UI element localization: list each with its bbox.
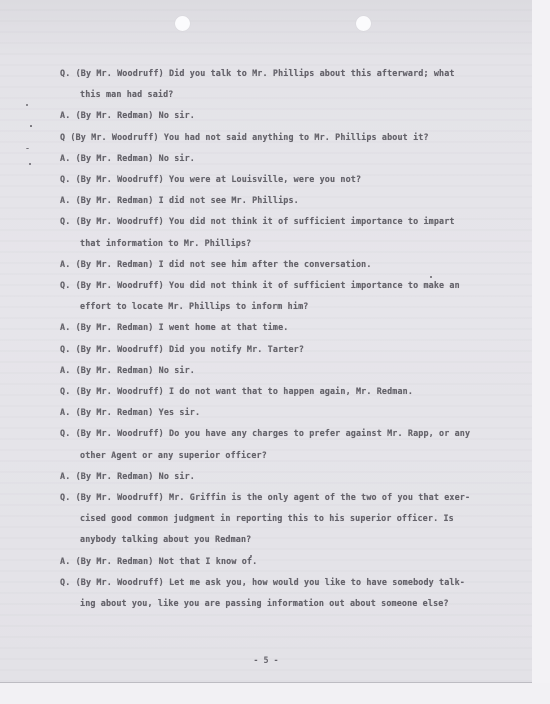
- transcript-line: A. (By Mr. Redman) No sir.: [60, 360, 510, 381]
- punch-hole-left: [175, 16, 190, 31]
- transcript-line: Q. (By Mr. Woodruff) Do you have any cha…: [60, 423, 510, 444]
- transcript-line: Q. (By Mr. Woodruff) I do not want that …: [60, 381, 510, 402]
- transcript-line: A. (By Mr. Redman) No sir.: [60, 466, 510, 487]
- transcript-line: Q (By Mr. Woodruff) You had not said any…: [60, 127, 510, 148]
- transcript-line-continuation: that information to Mr. Phillips?: [60, 233, 510, 254]
- transcript-line: Q. (By Mr. Woodruff) You were at Louisvi…: [60, 169, 510, 190]
- transcript-line: Q. (By Mr. Woodruff) You did not think i…: [60, 211, 510, 232]
- transcript-line: A. (By Mr. Redman) No sir.: [60, 105, 510, 126]
- transcript-line: Q. (By Mr. Woodruff) You did not think i…: [60, 275, 510, 296]
- transcript-line: Q. (By Mr. Woodruff) Did you talk to Mr.…: [60, 63, 510, 84]
- transcript-line: A. (By Mr. Redman) No sir.: [60, 148, 510, 169]
- page-number: - 5 -: [0, 655, 532, 665]
- transcript-line-continuation: ing about you, like you are passing info…: [60, 593, 510, 614]
- transcript-line: Q. (By Mr. Woodruff) Mr. Griffin is the …: [60, 487, 510, 508]
- transcript-line: A. (By Mr. Redman) I went home at that t…: [60, 317, 510, 338]
- transcript-line-continuation: cised good common judgment in reporting …: [60, 508, 510, 529]
- transcript-body: Q. (By Mr. Woodruff) Did you talk to Mr.…: [60, 63, 510, 614]
- transcript-line-continuation: other Agent or any superior officer?: [60, 445, 510, 466]
- transcript-line-continuation: anybody talking about you Redman?: [60, 529, 510, 550]
- punch-hole-right: [356, 16, 371, 31]
- transcript-line: Q. (By Mr. Woodruff) Let me ask you, how…: [60, 572, 510, 593]
- transcript-line-continuation: effort to locate Mr. Phillips to inform …: [60, 296, 510, 317]
- transcript-line: A. (By Mr. Redman) Not that I know of.: [60, 551, 510, 572]
- scan-margin-right: [532, 0, 550, 704]
- transcript-line: Q. (By Mr. Woodruff) Did you notify Mr. …: [60, 339, 510, 360]
- transcript-line: A. (By Mr. Redman) Yes sir.: [60, 402, 510, 423]
- transcript-line-continuation: this man had said?: [60, 84, 510, 105]
- scan-margin-bottom: [0, 683, 550, 704]
- transcript-line: A. (By Mr. Redman) I did not see him aft…: [60, 254, 510, 275]
- transcript-line: A. (By Mr. Redman) I did not see Mr. Phi…: [60, 190, 510, 211]
